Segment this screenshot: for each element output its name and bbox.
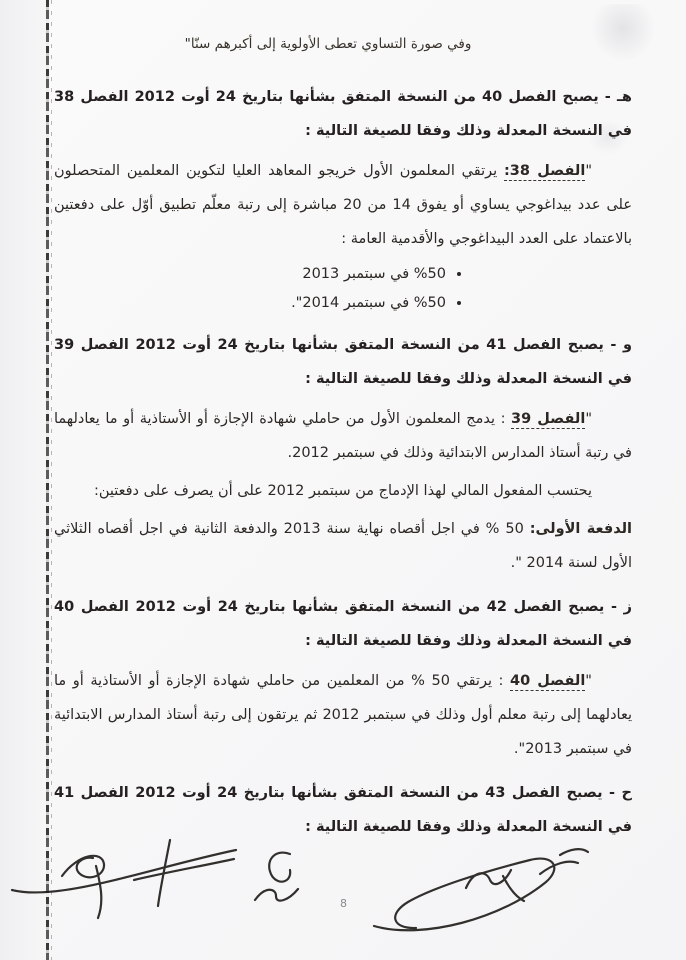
installments-label: الدفعة الأولى: xyxy=(530,521,632,537)
document-body: وفي صورة التساوي تعطى الأولوية إلى أكبره… xyxy=(0,0,686,850)
article-39-open-quote: " xyxy=(585,411,592,427)
intro-line: وفي صورة التساوي تعطى الأولوية إلى أكبره… xyxy=(54,34,602,54)
article-39-paragraph: "الفصل 39 : يدمج المعلمون الأول من حاملي… xyxy=(54,402,632,470)
bullet-item-2013: %50 في سبتمبر 2013 xyxy=(54,260,446,289)
bullet-item-2014: %50 في سبتمبر 2014". xyxy=(54,289,446,318)
scanned-document-page: وفي صورة التساوي تعطى الأولوية إلى أكبره… xyxy=(0,0,686,960)
clause-w-paragraph: و - يصبح الفصل 41 من النسخة المتفق بشأنه… xyxy=(54,328,632,396)
page-number: 8 xyxy=(340,897,347,910)
installments-paragraph: الدفعة الأولى: 50 % في اجل أقصاه نهاية س… xyxy=(54,512,632,580)
clause-e-paragraph: هـ - يصبح الفصل 40 من النسخة المتفق بشأن… xyxy=(54,80,632,148)
signature-right xyxy=(374,849,588,930)
article-40-paragraph: "الفصل 40 : يرتقي 50 % من المعلمين من حا… xyxy=(54,664,632,766)
finance-note-paragraph: يحتسب المفعول المالي لهذا الإدماج من سبت… xyxy=(54,474,632,508)
signature-middle xyxy=(255,853,298,901)
article-38-label: الفصل 38: xyxy=(504,163,585,181)
article-38-paragraph: "الفصل 38: يرتقي المعلمون الأول خريجو ال… xyxy=(54,154,632,256)
article-40-open-quote: " xyxy=(585,673,592,689)
article-39-label: الفصل 39 xyxy=(511,411,585,429)
clause-z-paragraph: ز - يصبح الفصل 42 من النسخة المتفق بشأنه… xyxy=(54,590,632,658)
installment-bullet-list: %50 في سبتمبر 2013 %50 في سبتمبر 2014". xyxy=(54,260,632,318)
article-40-label: الفصل 40 xyxy=(510,673,585,691)
clause-h-paragraph: ح - يصبح الفصل 43 من النسخة المتفق بشأنه… xyxy=(54,776,632,844)
article-38-open-quote: " xyxy=(585,163,592,179)
